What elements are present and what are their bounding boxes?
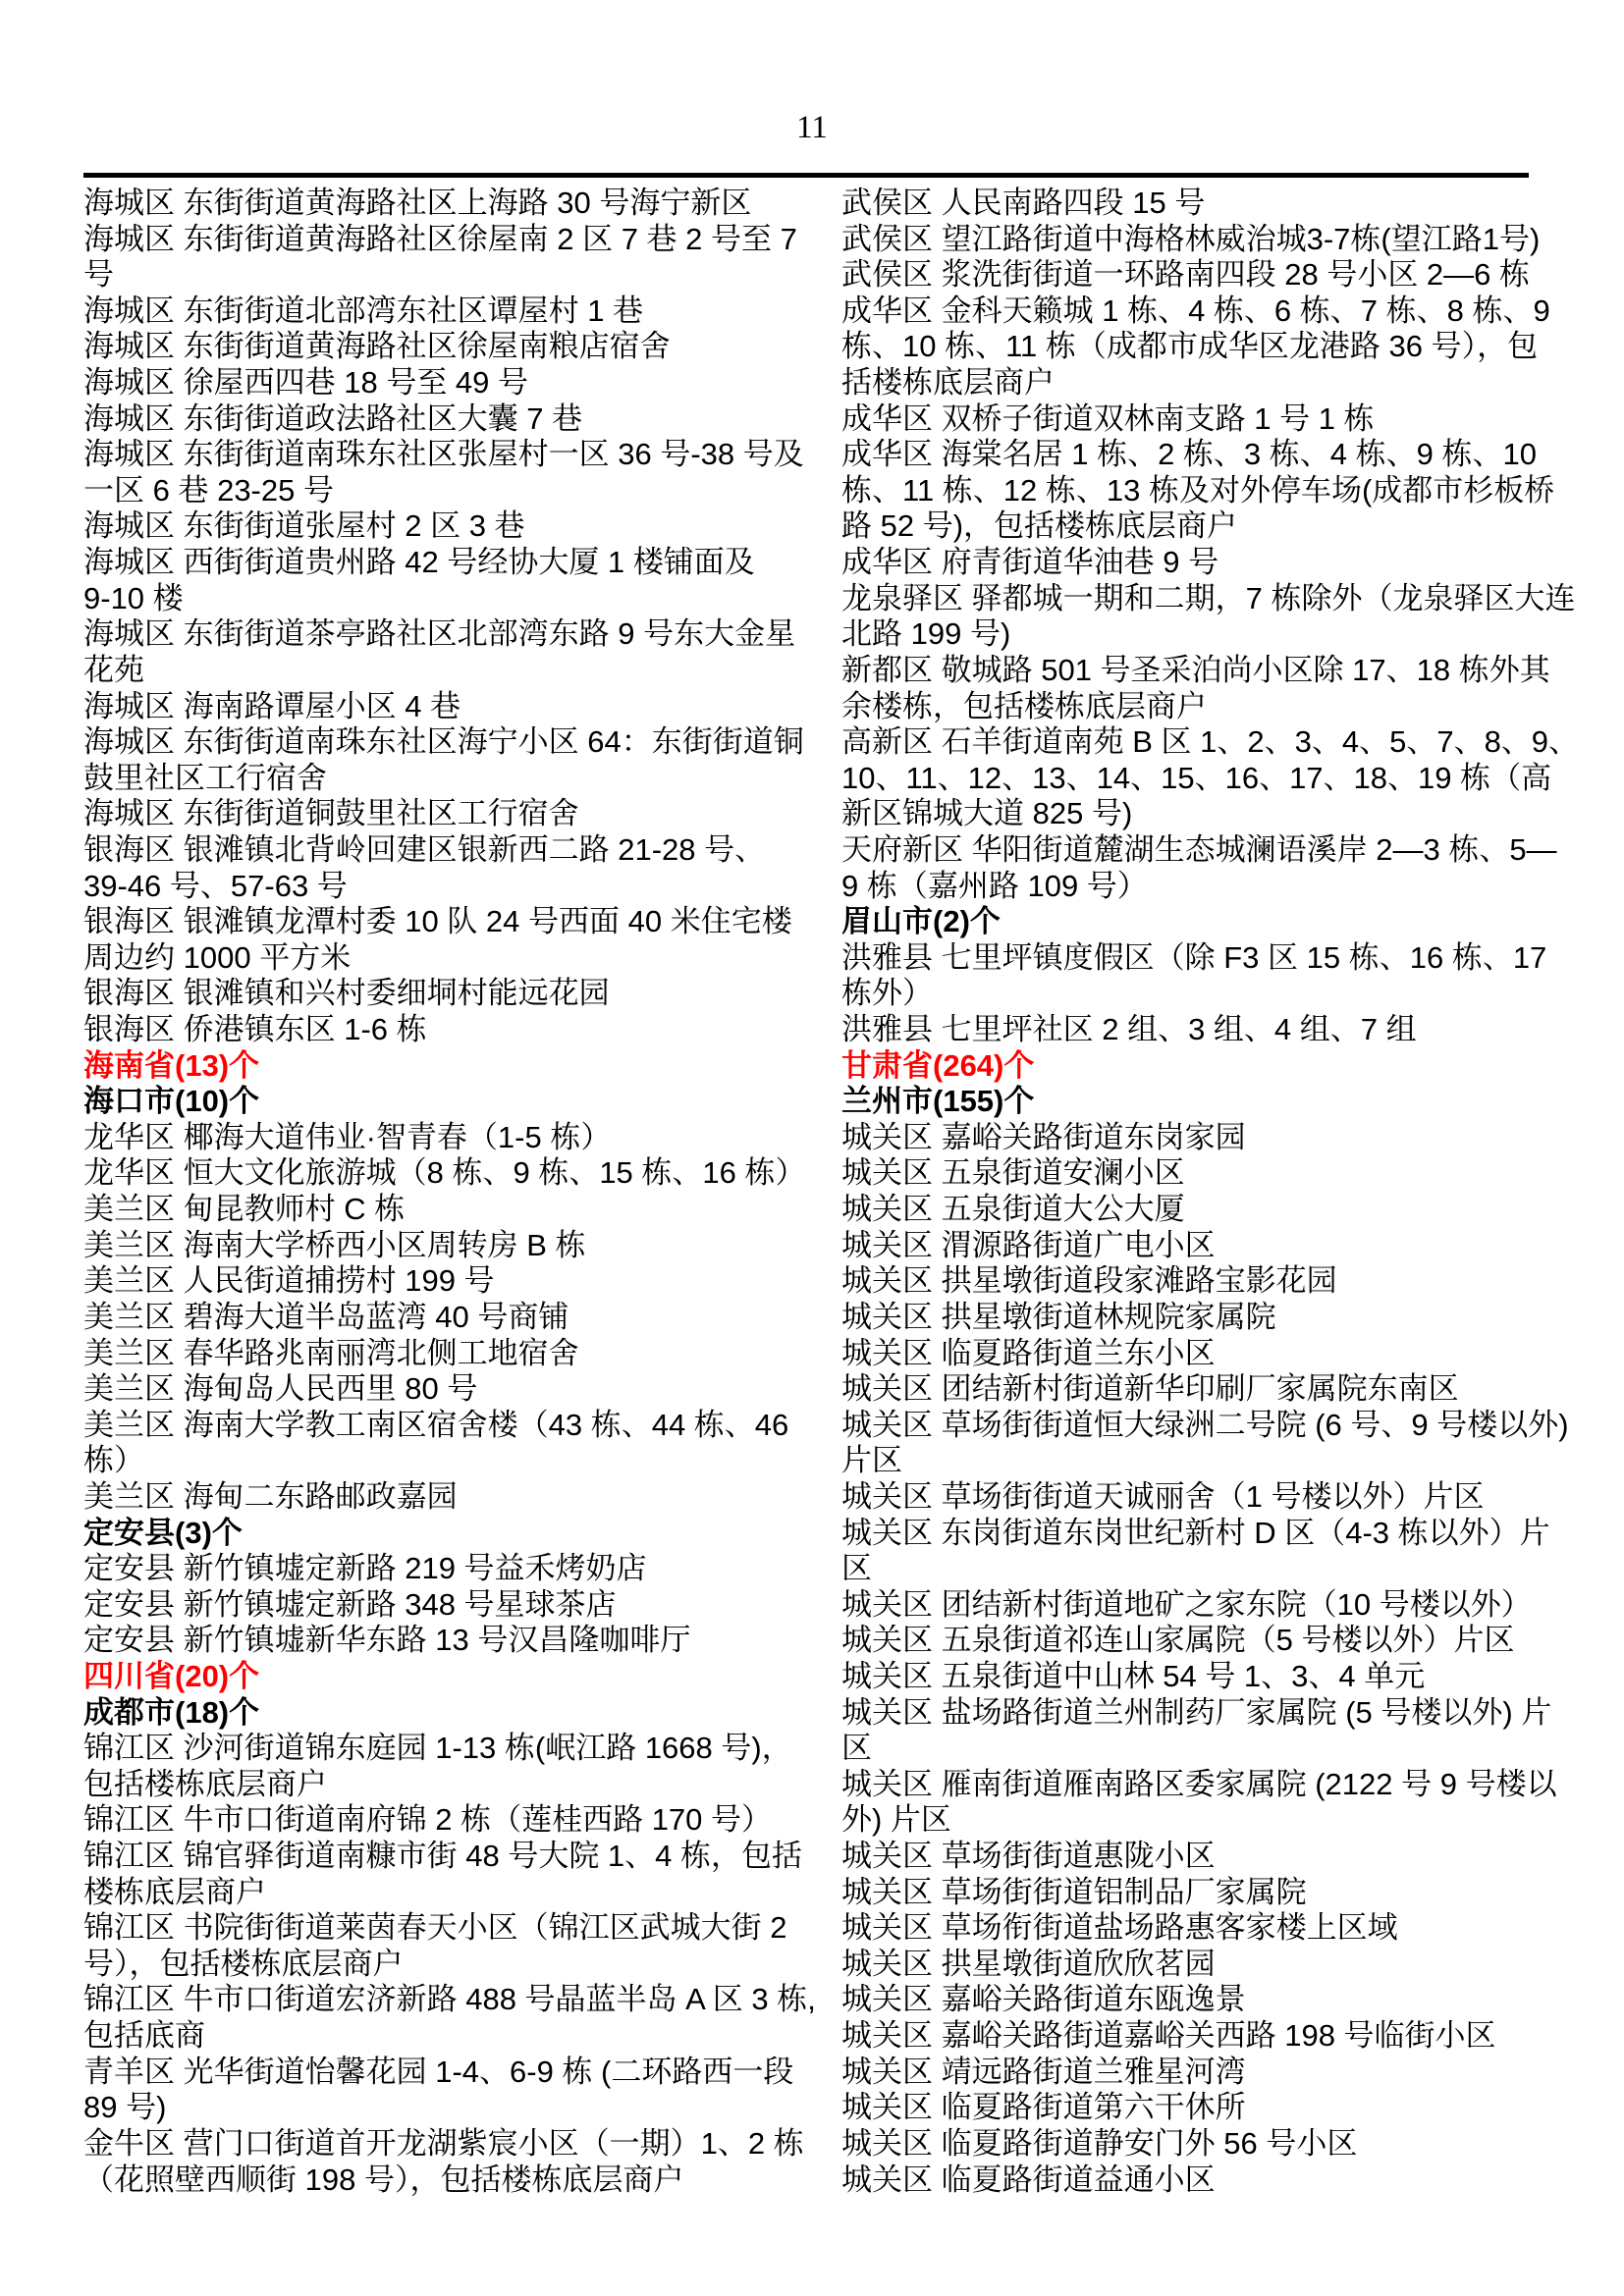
city-header: 成都市(18)个 <box>83 1695 815 1732</box>
address-line: 城关区 拱星墩街道林规院家属院 <box>841 1300 1543 1336</box>
address-line: 包括楼栋底层商户 <box>83 1767 815 1803</box>
city-header: 兰州市(155)个 <box>841 1084 1543 1120</box>
address-line: 周边约 1000 平方米 <box>83 940 815 977</box>
city-header: 眉山市(2)个 <box>841 904 1543 940</box>
address-line: 城关区 草场街街道惠陇小区 <box>841 1839 1543 1875</box>
address-line: 海城区 东街街道北部湾东社区谭屋村 1 巷 <box>83 294 815 330</box>
page-number: 11 <box>0 110 1624 146</box>
address-line: 9 栋（嘉州路 109 号） <box>841 869 1543 905</box>
address-line: 89 号) <box>83 2090 815 2126</box>
address-line: 成华区 府青街道华油巷 9 号 <box>841 545 1543 581</box>
address-line: 美兰区 人民街道捕捞村 199 号 <box>83 1263 815 1300</box>
city-header: 定安县(3)个 <box>83 1516 815 1552</box>
address-line: 9-10 楼 <box>83 581 815 617</box>
address-line: 城关区 靖远路街道兰雅星河湾 <box>841 2055 1543 2091</box>
address-line: 成华区 金科天籁城 1 栋、4 栋、6 栋、7 栋、8 栋、9 <box>841 294 1543 330</box>
address-line: 天府新区 华阳街道麓湖生态城澜语溪岸 2—3 栋、5— <box>841 832 1543 869</box>
province-header: 海南省(13)个 <box>83 1048 815 1085</box>
address-line: 花苑 <box>83 653 815 689</box>
address-line: 美兰区 甸昆教师村 C 栋 <box>83 1192 815 1228</box>
address-line: 城关区 雁南街道雁南路区委家属院 (2122 号 9 号楼以 <box>841 1767 1543 1803</box>
address-line: 武侯区 人民南路四段 15 号 <box>841 186 1543 222</box>
document-page: 11 海城区 东街街道黄海路社区上海路 30 号海宁新区海城区 东街街道黄海路社… <box>0 0 1624 2296</box>
address-line: 青羊区 光华街道怡馨花园 1-4、6-9 栋 (二环路西一段 <box>83 2055 815 2091</box>
address-line: 银海区 银滩镇北背岭回建区银新西二路 21-28 号、 <box>83 832 815 869</box>
address-line: 城关区 拱星墩街道欣欣茗园 <box>841 1947 1543 1983</box>
address-line: 银海区 银滩镇和兴村委细垌村能远花园 <box>83 976 815 1012</box>
address-line: 城关区 五泉街道安澜小区 <box>841 1155 1543 1192</box>
address-line: 海城区 东街街道铜鼓里社区工行宿舍 <box>83 796 815 832</box>
address-line: 括楼栋底层商户 <box>841 365 1543 401</box>
address-line: 洪雅县 七里坪镇度假区（除 F3 区 15 栋、16 栋、17 <box>841 940 1543 977</box>
address-line: 城关区 嘉峪关路街道嘉峪关西路 198 号临街小区 <box>841 2018 1543 2055</box>
address-line: 美兰区 海南大学桥西小区周转房 B 栋 <box>83 1228 815 1264</box>
address-line: 栋） <box>83 1443 815 1479</box>
address-line: 路 52 号)，包括楼栋底层商户 <box>841 508 1543 545</box>
address-line: 海城区 东街街道黄海路社区徐屋南 2 区 7 巷 2 号至 7 <box>83 222 815 258</box>
address-line: 城关区 嘉峪关路街道东瓯逸景 <box>841 1982 1543 2018</box>
address-line: 一区 6 巷 23-25 号 <box>83 473 815 509</box>
address-line: 楼栋底层商户 <box>83 1875 815 1911</box>
address-line: 城关区 临夏路街道益通小区 <box>841 2163 1543 2199</box>
address-line: 区 <box>841 1551 1543 1587</box>
address-line: 高新区 石羊街道南苑 B 区 1、2、3、4、5、7、8、9、 <box>841 724 1543 761</box>
address-line: 金牛区 营门口街道首开龙湖紫宸小区（一期）1、2 栋 <box>83 2126 815 2163</box>
address-line: 海城区 东街街道张屋村 2 区 3 巷 <box>83 508 815 545</box>
address-line: 洪雅县 七里坪社区 2 组、3 组、4 组、7 组 <box>841 1012 1543 1048</box>
address-line: 银海区 侨港镇东区 1-6 栋 <box>83 1012 815 1048</box>
address-line: 城关区 嘉峪关路街道东岗家园 <box>841 1120 1543 1156</box>
address-line: 锦江区 沙河街道锦东庭园 1-13 栋(岷江路 1668 号)， <box>83 1731 815 1767</box>
address-line: 海城区 东街街道黄海路社区上海路 30 号海宁新区 <box>83 186 815 222</box>
right-column: 武侯区 人民南路四段 15 号武侯区 望江路街道中海格林威治城3-7栋(望江路1… <box>841 186 1543 2198</box>
address-line: 栋、11 栋、12 栋、13 栋及对外停车场(成都市杉板桥 <box>841 473 1543 509</box>
address-line: 余楼栋，包括楼栋底层商户 <box>841 689 1543 725</box>
address-line: 城关区 团结新村街道新华印刷厂家属院东南区 <box>841 1371 1543 1408</box>
city-header: 海口市(10)个 <box>83 1084 815 1120</box>
address-line: 城关区 临夏路街道静安门外 56 号小区 <box>841 2126 1543 2163</box>
address-line: 包括底商 <box>83 2018 815 2055</box>
address-line: 海城区 海南路谭屋小区 4 巷 <box>83 689 815 725</box>
address-line: 城关区 盐场路街道兰州制药厂家属院 (5 号楼以外) 片 <box>841 1695 1543 1732</box>
address-line: 海城区 东街街道南珠东社区张屋村一区 36 号-38 号及 <box>83 437 815 473</box>
address-line: 10、11、12、13、14、15、16、17、18、19 栋（高 <box>841 761 1543 797</box>
address-line: 锦江区 锦官驿街道南糠市街 48 号大院 1、4 栋，包括 <box>83 1839 815 1875</box>
address-line: 成华区 双桥子街道双林南支路 1 号 1 栋 <box>841 401 1543 438</box>
address-line: 新都区 敬城路 501 号圣采泊尚小区除 17、18 栋外其 <box>841 653 1543 689</box>
address-line: 城关区 东岗街道东岗世纪新村 D 区（4-3 栋以外）片 <box>841 1516 1543 1552</box>
address-line: 城关区 渭源路街道广电小区 <box>841 1228 1543 1264</box>
address-line: 海城区 东街街道南珠东社区海宁小区 64：东街街道铜 <box>83 724 815 761</box>
address-line: 海城区 东街街道黄海路社区徐屋南粮店宿舍 <box>83 329 815 365</box>
address-line: 定安县 新竹镇墟定新路 219 号益禾烤奶店 <box>83 1551 815 1587</box>
address-line: 号 <box>83 257 815 294</box>
address-line: 城关区 五泉街道中山林 54 号 1、3、4 单元 <box>841 1659 1543 1695</box>
address-line: 海城区 东街街道政法路社区大囊 7 巷 <box>83 401 815 438</box>
province-header: 甘肃省(264)个 <box>841 1048 1543 1085</box>
address-line: 39-46 号、57-63 号 <box>83 869 815 905</box>
address-line: 龙泉驿区 驿都城一期和二期，7 栋除外（龙泉驿区大连 <box>841 581 1543 617</box>
address-line: 武侯区 浆洗街街道一环路南四段 28 号小区 2—6 栋 <box>841 257 1543 294</box>
address-line: 龙华区 恒大文化旅游城（8 栋、9 栋、15 栋、16 栋） <box>83 1155 815 1192</box>
address-line: 城关区 拱星墩街道段家滩路宝影花园 <box>841 1263 1543 1300</box>
address-line: 号），包括楼栋底层商户 <box>83 1947 815 1983</box>
address-line: 栋、10 栋、11 栋（成都市成华区龙港路 36 号），包 <box>841 329 1543 365</box>
address-line: 城关区 草场街街道天诚丽舍（1 号楼以外）片区 <box>841 1479 1543 1516</box>
address-line: 鼓里社区工行宿舍 <box>83 761 815 797</box>
address-line: 美兰区 春华路兆南丽湾北侧工地宿舍 <box>83 1336 815 1372</box>
header-rule <box>83 173 1529 178</box>
address-line: 银海区 银滩镇龙潭村委 10 队 24 号西面 40 米住宅楼 <box>83 904 815 940</box>
province-header: 四川省(20)个 <box>83 1659 815 1695</box>
address-line: 城关区 五泉街道祁连山家属院（5 号楼以外）片区 <box>841 1623 1543 1659</box>
address-line: 城关区 草场街街道铝制品厂家属院 <box>841 1875 1543 1911</box>
address-line: 定安县 新竹镇墟定新路 348 号星球茶店 <box>83 1587 815 1624</box>
address-line: 锦江区 书院街街道莱茵春天小区（锦江区武城大街 2 <box>83 1910 815 1947</box>
address-line: 锦江区 牛市口街道宏济新路 488 号晶蓝半岛 A 区 3 栋, <box>83 1982 815 2018</box>
address-line: 海城区 徐屋西四巷 18 号至 49 号 <box>83 365 815 401</box>
address-line: 城关区 草场衔街道盐场路惠客家楼上区域 <box>841 1910 1543 1947</box>
address-line: 定安县 新竹镇墟新华东路 13 号汉昌隆咖啡厅 <box>83 1623 815 1659</box>
left-column: 海城区 东街街道黄海路社区上海路 30 号海宁新区海城区 东街街道黄海路社区徐屋… <box>83 186 815 2198</box>
address-line: 美兰区 海甸二东路邮政嘉园 <box>83 1479 815 1516</box>
address-line: 城关区 五泉街道大公大厦 <box>841 1192 1543 1228</box>
address-line: 新区锦城大道 825 号) <box>841 796 1543 832</box>
address-line: 美兰区 海甸岛人民西里 80 号 <box>83 1371 815 1408</box>
address-line: 城关区 草场街街道恒大绿洲二号院 (6 号、9 号楼以外) <box>841 1408 1543 1444</box>
address-line: 城关区 团结新村街道地矿之家东院（10 号楼以外） <box>841 1587 1543 1624</box>
address-line: （花照壁西顺街 198 号），包括楼栋底层商户 <box>83 2163 815 2199</box>
address-line: 海城区 西街街道贵州路 42 号经协大厦 1 楼铺面及 <box>83 545 815 581</box>
address-line: 武侯区 望江路街道中海格林威治城3-7栋(望江路1号) <box>841 222 1543 258</box>
address-line: 栋外） <box>841 976 1543 1012</box>
address-line: 美兰区 碧海大道半岛蓝湾 40 号商铺 <box>83 1300 815 1336</box>
address-line: 城关区 临夏路街道第六干休所 <box>841 2090 1543 2126</box>
address-line: 城关区 临夏路街道兰东小区 <box>841 1336 1543 1372</box>
address-line: 锦江区 牛市口街道南府锦 2 栋（莲桂西路 170 号） <box>83 1802 815 1839</box>
address-line: 美兰区 海南大学教工南区宿舍楼（43 栋、44 栋、46 <box>83 1408 815 1444</box>
address-line: 龙华区 椰海大道伟业·智青春（1-5 栋） <box>83 1120 815 1156</box>
address-line: 区 <box>841 1731 1543 1767</box>
address-line: 外) 片区 <box>841 1802 1543 1839</box>
address-line: 海城区 东街街道茶亭路社区北部湾东路 9 号东大金星 <box>83 616 815 653</box>
address-line: 成华区 海棠名居 1 栋、2 栋、3 栋、4 栋、9 栋、10 <box>841 437 1543 473</box>
address-line: 片区 <box>841 1443 1543 1479</box>
address-line: 北路 199 号) <box>841 616 1543 653</box>
